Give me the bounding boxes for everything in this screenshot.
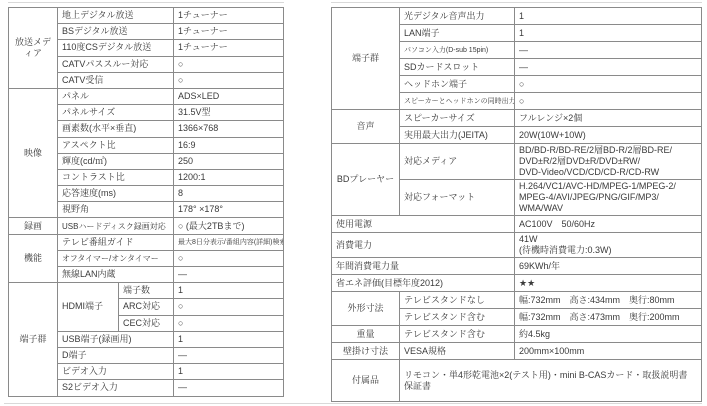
label-cell: VESA規格 (400, 343, 515, 360)
value-cell: リモコン・単4形乾電池×2(テスト用)・mini B-CASカード・取扱説明書 … (400, 360, 702, 402)
value-cell: 幅:732mm 高さ:434mm 奥行:80mm (515, 292, 702, 309)
value-cell: ○ (515, 93, 702, 110)
section-cell: 映像 (9, 88, 58, 218)
spec-row: 重量テレビスタンド含む約4.5kg (332, 326, 702, 343)
spec-row: 録画USBハードディスク録画対応○ (最大2TBまで) (9, 218, 284, 234)
label-cell: テレビスタンドなし (400, 292, 515, 309)
value-cell: — (174, 380, 284, 396)
value-cell: 69KWh/年 (515, 258, 702, 275)
value-cell: ○ (174, 315, 284, 331)
value-cell: 1チューナー (174, 40, 284, 56)
value-cell: 1366×768 (174, 121, 284, 137)
spec-row: BDプレーヤー対応メディアBD/BD-R/BD-RE/2層BD-R/2層BD-R… (332, 144, 702, 180)
group-cell: HDMI端子 (58, 283, 119, 332)
spec-table-right: 端子群光デジタル音声出力1LAN端子1パソコン入力(D-sub 15pin)—S… (331, 7, 702, 402)
spec-row: 付属品リモコン・単4形乾電池×2(テスト用)・mini B-CASカード・取扱説… (332, 360, 702, 402)
value-cell: ○ (最大2TBまで) (174, 218, 284, 234)
label-cell: LAN端子 (400, 25, 515, 42)
value-cell: H.264/VC1/AVC-HD/MPEG-1/MPEG-2/ MPEG-4/A… (515, 180, 702, 216)
spec-row: 映像パネルADS×LED (9, 88, 284, 104)
value-cell: — (174, 347, 284, 363)
section-cell: 音声 (332, 110, 400, 144)
label-cell: 無線LAN内蔵 (58, 267, 174, 283)
value-cell: 200mm×100mm (515, 343, 702, 360)
section-cell: 機能 (9, 234, 58, 283)
label-cell: 対応フォーマット (400, 180, 515, 216)
label-cell: 消費電力 (332, 233, 515, 258)
sublabel-cell: ARC対応 (119, 299, 174, 315)
section-cell: 重量 (332, 326, 400, 343)
value-cell: ○ (515, 76, 702, 93)
label-cell: テレビスタンド含む (400, 326, 515, 343)
sublabel-cell: CEC対応 (119, 315, 174, 331)
value-cell: ★★ (515, 275, 702, 292)
value-cell: 1チューナー (174, 8, 284, 24)
label-cell: コントラスト比 (58, 169, 174, 185)
section-cell: BDプレーヤー (332, 144, 400, 216)
label-cell: S2ビデオ入力 (58, 380, 174, 396)
label-cell: ビデオ入力 (58, 364, 174, 380)
bottom-rule (4, 403, 702, 404)
value-cell: ○ (174, 299, 284, 315)
label-cell: 画素数(水平×垂直) (58, 121, 174, 137)
label-cell: 省エネ評価(目標年度2012) (332, 275, 515, 292)
value-cell: 1チューナー (174, 24, 284, 40)
value-cell: ADS×LED (174, 88, 284, 104)
section-cell: 付属品 (332, 360, 400, 402)
value-cell: 31.5V型 (174, 105, 284, 121)
spec-row: 機能テレビ番組ガイド最大8日分表示/番組内容(詳細)検索付 (9, 234, 284, 250)
spec-row: 使用電源AC100V 50/60Hz (332, 216, 702, 233)
value-cell: ○ (174, 56, 284, 72)
label-cell: USBハードディスク録画対応 (58, 218, 174, 234)
value-cell: 1 (515, 25, 702, 42)
value-cell: 1 (515, 8, 702, 25)
top-rule-left (8, 2, 284, 3)
spec-row: 壁掛け寸法VESA規格200mm×100mm (332, 343, 702, 360)
label-cell: CATV受信 (58, 72, 174, 88)
label-cell: テレビスタンド含む (400, 309, 515, 326)
value-cell: ○ (174, 250, 284, 266)
top-rule-right (331, 2, 702, 3)
spec-row: 消費電力41W (待機時消費電力:0.3W) (332, 233, 702, 258)
value-cell: 最大8日分表示/番組内容(詳細)検索付 (174, 234, 284, 250)
label-cell: 輝度(cd/㎡) (58, 153, 174, 169)
section-cell: 放送メディア (9, 8, 58, 89)
section-cell: 端子群 (9, 283, 58, 396)
value-cell: 16:9 (174, 137, 284, 153)
value-cell: 250 (174, 153, 284, 169)
value-cell: 8 (174, 186, 284, 202)
value-cell: AC100V 50/60Hz (515, 216, 702, 233)
label-cell: ヘッドホン端子 (400, 76, 515, 93)
spec-row: 端子群HDMI端子端子数1 (9, 283, 284, 299)
tv-spec-sheet: 放送メディア地上デジタル放送1チューナーBSデジタル放送1チューナー110度CS… (0, 0, 707, 406)
value-cell: 20W(10W+10W) (515, 127, 702, 144)
value-cell: 1 (174, 331, 284, 347)
label-cell: 年間消費電力量 (332, 258, 515, 275)
value-cell: — (174, 267, 284, 283)
section-cell: 録画 (9, 218, 58, 234)
label-cell: 光デジタル音声出力 (400, 8, 515, 25)
label-cell: 使用電源 (332, 216, 515, 233)
value-cell: 幅:732mm 高さ:473mm 奥行:200mm (515, 309, 702, 326)
section-cell: 外形寸法 (332, 292, 400, 326)
section-cell: 壁掛け寸法 (332, 343, 400, 360)
value-cell: — (515, 42, 702, 59)
sublabel-cell: 端子数 (119, 283, 174, 299)
label-cell: 対応メディア (400, 144, 515, 180)
label-cell: SDカードスロット (400, 59, 515, 76)
value-cell: 1200:1 (174, 169, 284, 185)
label-cell: USB端子(録画用) (58, 331, 174, 347)
value-cell: 1 (174, 283, 284, 299)
label-cell: 視野角 (58, 202, 174, 218)
value-cell: — (515, 59, 702, 76)
label-cell: オフタイマー/オンタイマー (58, 250, 174, 266)
label-cell: CATVパススルー対応 (58, 56, 174, 72)
spec-row: 端子群光デジタル音声出力1 (332, 8, 702, 25)
label-cell: 地上デジタル放送 (58, 8, 174, 24)
label-cell: パソコン入力(D-sub 15pin) (400, 42, 515, 59)
label-cell: スピーカーサイズ (400, 110, 515, 127)
label-cell: スピーカーとヘッドホンの同時出力 (400, 93, 515, 110)
spec-row: 音声スピーカーサイズフルレンジ×2個 (332, 110, 702, 127)
label-cell: BSデジタル放送 (58, 24, 174, 40)
label-cell: 110度CSデジタル放送 (58, 40, 174, 56)
value-cell: 178° ×178° (174, 202, 284, 218)
value-cell: 41W (待機時消費電力:0.3W) (515, 233, 702, 258)
label-cell: 応答速度(ms) (58, 186, 174, 202)
value-cell: 1 (174, 364, 284, 380)
value-cell: 約4.5kg (515, 326, 702, 343)
spec-row: 年間消費電力量69KWh/年 (332, 258, 702, 275)
label-cell: テレビ番組ガイド (58, 234, 174, 250)
label-cell: パネル (58, 88, 174, 104)
value-cell: BD/BD-R/BD-RE/2層BD-R/2層BD-RE/ DVD±R/2層DV… (515, 144, 702, 180)
spec-row: 省エネ評価(目標年度2012)★★ (332, 275, 702, 292)
label-cell: アスペクト比 (58, 137, 174, 153)
label-cell: 実用最大出力(JEITA) (400, 127, 515, 144)
value-cell: フルレンジ×2個 (515, 110, 702, 127)
spec-table-left: 放送メディア地上デジタル放送1チューナーBSデジタル放送1チューナー110度CS… (8, 7, 284, 397)
spec-row: 外形寸法テレビスタンドなし幅:732mm 高さ:434mm 奥行:80mm (332, 292, 702, 309)
spec-row: 放送メディア地上デジタル放送1チューナー (9, 8, 284, 24)
value-cell: ○ (174, 72, 284, 88)
label-cell: D端子 (58, 347, 174, 363)
label-cell: パネルサイズ (58, 105, 174, 121)
section-cell: 端子群 (332, 8, 400, 110)
